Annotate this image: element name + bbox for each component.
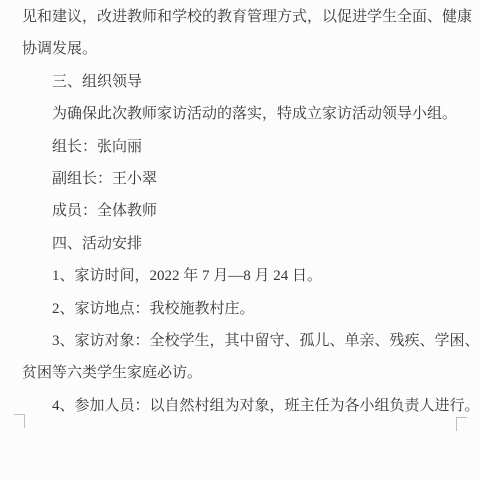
body-text-line: 见和建议，改进教师和学校的教育管理方式，以促进学生全面、健康	[22, 1, 474, 33]
body-text-line-deputy-leader: 副组长：王小翠	[22, 163, 474, 195]
document-text-block: 见和建议，改进教师和学校的教育管理方式，以促进学生全面、健康 协调发展。 三、组…	[22, 0, 474, 422]
text-boundary-mark-right	[456, 417, 467, 431]
body-text-line-members: 成员：全体教师	[22, 195, 474, 227]
body-text-line: 协调发展。	[22, 33, 474, 65]
body-text-line-item-4: 4、参加人员：以自然村组为对象，班主任为各小组负责人进行。	[22, 390, 474, 422]
section-heading-organization: 三、组织领导	[22, 66, 474, 98]
body-text-line-item-2: 2、家访地点：我校施教村庄。	[22, 293, 474, 325]
section-heading-arrangement: 四、活动安排	[22, 228, 474, 260]
body-text-line: 贫困等六类学生家庭必访。	[22, 357, 474, 389]
body-text-line: 为确保此次教师家访活动的落实，特成立家访活动领导小组。	[22, 98, 474, 130]
document-page: 见和建议，改进教师和学校的教育管理方式，以促进学生全面、健康 协调发展。 三、组…	[0, 0, 480, 480]
text-boundary-mark-left	[14, 414, 25, 428]
body-text-line-leader: 组长：张向丽	[22, 131, 474, 163]
body-text-line-item-1: 1、家访时间，2022 年 7 月—8 月 24 日。	[22, 260, 474, 292]
body-text-line-item-3: 3、家访对象：全校学生，其中留守、孤儿、单亲、残疾、学困、	[22, 325, 474, 357]
